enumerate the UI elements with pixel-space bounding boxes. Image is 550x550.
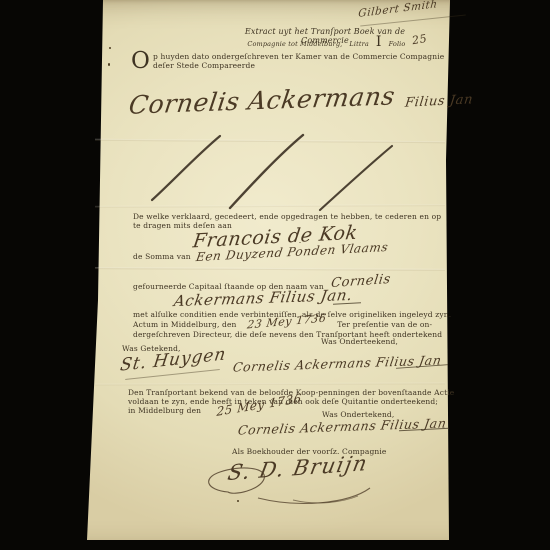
transferor-name-script: Cornelis Ackermans Filius Jan — [129, 86, 473, 115]
opening-line1: p huyden dato ondergeſchreven ter Kamer … — [131, 52, 441, 61]
folio-value-script: 25 — [411, 32, 428, 47]
was-ondertekend-label: Was Onderteekend, — [321, 337, 398, 346]
paper-speck — [109, 47, 111, 49]
folio-label: Folio — [389, 40, 406, 49]
littra-value: I — [376, 36, 382, 48]
conditions-line2: Actum in Middelburg, den 23 Mey 1736 Ter… — [133, 319, 438, 330]
void-slash-marks — [140, 130, 410, 214]
void-slash-mark — [152, 136, 220, 200]
transferor-name-suffix: Filius Jan — [404, 92, 474, 111]
void-slash-mark — [230, 135, 303, 208]
opening-line2: deſer Stede Compareerde — [131, 61, 441, 70]
presentie-suffix: Ter preſentie van de on- — [337, 320, 432, 329]
document-photo: Gilbert Smith Extract uyt het Tranſport … — [0, 0, 550, 550]
compagnie-label: Compagnie tot Middelburg, — [247, 40, 342, 49]
opening-paragraph: O p huyden dato ondergeſchreven ter Kame… — [131, 52, 441, 70]
drop-cap: O — [131, 52, 150, 70]
extract-header-line2: Compagnie tot Middelburg, Littra I Folio… — [240, 36, 435, 49]
cession-line1: De welke verklaard, gecedeert, ende opge… — [133, 212, 438, 221]
paper-speck — [108, 63, 110, 66]
sum-label: de Somma van — [133, 252, 191, 261]
littra-label: Littra — [349, 40, 369, 49]
void-slash-mark — [320, 146, 392, 210]
conditions-paragraph: met alſulke conditien ende verbinteniſſe… — [133, 310, 438, 339]
transferor-name-large: Cornelis Ackermans — [127, 81, 397, 119]
actum-prefix: Actum in Middelburg, den — [133, 320, 237, 329]
